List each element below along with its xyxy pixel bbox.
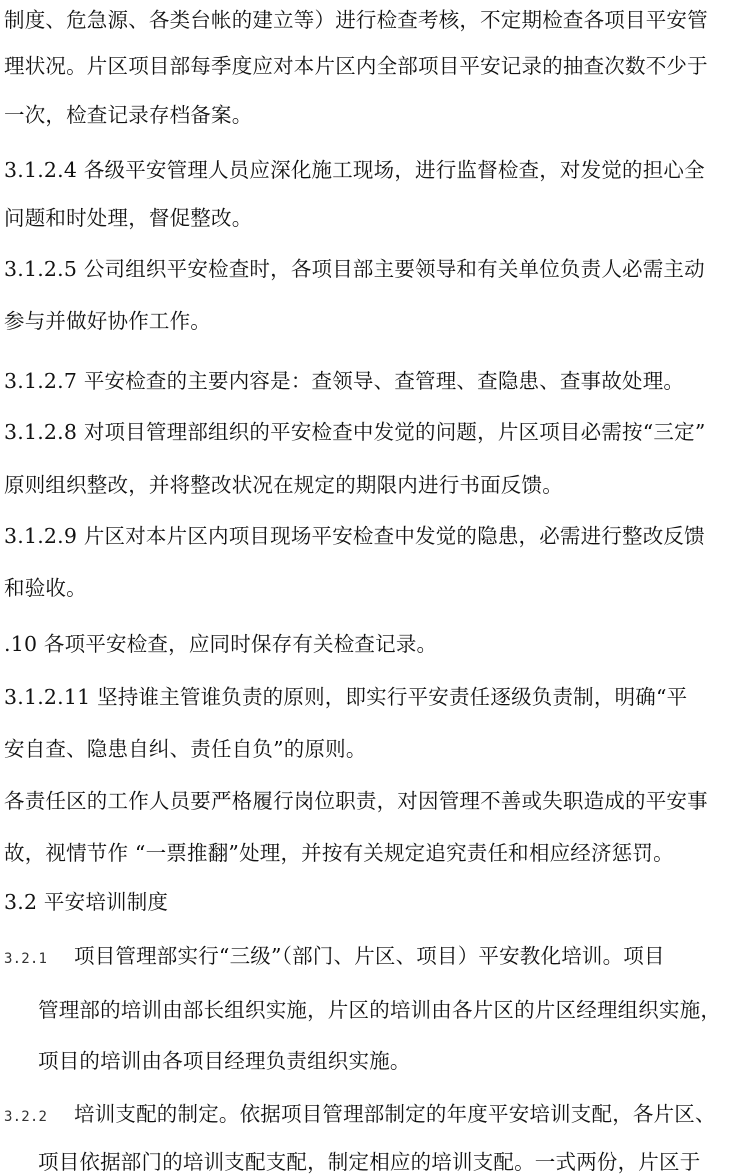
- paragraph-line: 原则组织整改，并将整改状况在规定的期限内进行书面反馈。: [4, 471, 736, 499]
- paragraph-line: 管理部的培训由部长组织实施，片区的培训由各片区的片区经理组织实施，: [38, 996, 736, 1024]
- section-3-1-2-5: 3.1.2.5 公司组织平安检查时，各项目部主要领导和有关单位负责人必需主动: [4, 255, 736, 283]
- item-number: 3.2.2: [4, 1103, 74, 1131]
- paragraph-line: 安自查、隐患自纠、责任自负”的原则。: [4, 735, 736, 763]
- section-3-2-1: 3.2.1项目管理部实行“三级”（部门、片区、项目）平安教化培训。项目: [4, 942, 736, 973]
- paragraph-line: 各责任区的工作人员要严格履行岗位职责，对因管理不善或失职造成的平安事: [4, 787, 736, 815]
- paragraph-line: 理状况。片区项目部每季度应对本片区内全部项目平安记录的抽查次数不少于: [4, 52, 736, 80]
- paragraph-line: 和验收。: [4, 574, 736, 602]
- paragraph-line: 项目依据部门的培训支配支配，制定相应的培训支配。一式两份，片区于: [38, 1148, 736, 1176]
- paragraph-line: 一次，检查记录存档备案。: [4, 101, 736, 129]
- section-3-1-2-9: 3.1.2.9 片区对本片区内项目现场平安检查中发觉的隐患，必需进行整改反馈: [4, 522, 736, 550]
- paragraph-line: 项目的培训由各项目经理负责组织实施。: [38, 1047, 736, 1075]
- paragraph-line: 制度、危急源、各类台帐的建立等）进行检查考核，不定期检查各项目平安管: [4, 6, 736, 34]
- paragraph-line: 参与并做好协作工作。: [4, 307, 736, 335]
- section-3-1-2-7: 3.1.2.7 平安检查的主要内容是：查领导、查管理、查隐患、查事故处理。: [4, 367, 736, 395]
- item-number: 3.2.1: [4, 945, 74, 973]
- section-3-2-2: 3.2.2培训支配的制定。依据项目管理部制定的年度平安培训支配，各片区、: [4, 1100, 736, 1131]
- section-10: .10 各项平安检查，应同时保存有关检查记录。: [4, 630, 736, 658]
- paragraph-line: 故，视情节作 “一票推翻”处理，并按有关规定追究责任和相应经济惩罚。: [4, 839, 736, 867]
- section-3-1-2-8: 3.1.2.8 对项目管理部组织的平安检查中发觉的问题，片区项目必需按“三定”: [4, 418, 736, 446]
- paragraph-line: 问题和时处理，督促整改。: [4, 204, 736, 232]
- section-3-1-2-4: 3.1.2.4 各级平安管理人员应深化施工现场，进行监督检查，对发觉的担心全: [4, 156, 736, 184]
- paragraph-line: 项目管理部实行“三级”（部门、片区、项目）平安教化培训。项目: [74, 944, 665, 968]
- paragraph-line: 培训支配的制定。依据项目管理部制定的年度平安培训支配，各片区、: [74, 1102, 716, 1126]
- section-3-1-2-11: 3.1.2.11 坚持谁主管谁负责的原则，即实行平安责任逐级负责制，明确“平: [4, 683, 736, 711]
- section-heading-3-2: 3.2 平安培训制度: [4, 888, 736, 916]
